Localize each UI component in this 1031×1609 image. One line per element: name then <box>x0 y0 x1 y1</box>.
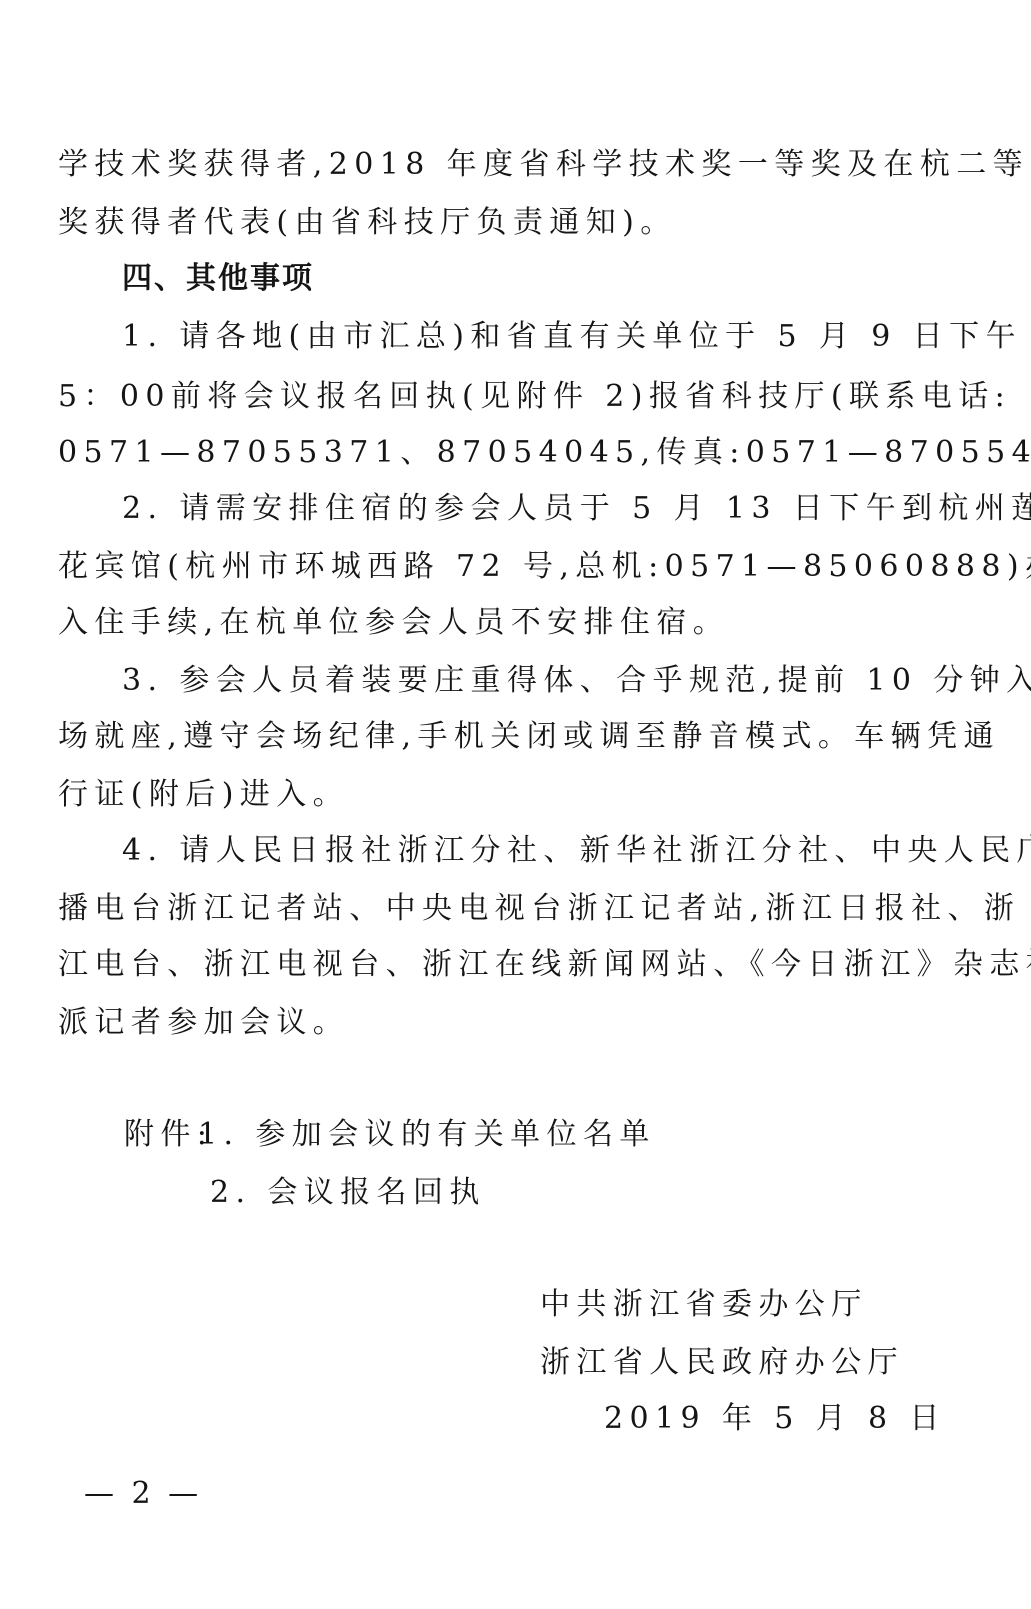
issue-date: 2019 年 5 月 8 日 <box>604 1400 946 1438</box>
item-2-line: 花宾馆(杭州市环城西路 72 号,总机:0571—85060888)办理 <box>58 548 958 586</box>
item-2-line: 2. 请需安排住宿的参会人员于 5 月 13 日下午到杭州莲 <box>122 490 1022 528</box>
item-3-line: 3. 参会人员着装要庄重得体、合乎规范,提前 10 分钟入 <box>122 662 1022 700</box>
attachment-item: 1. 参加会议的有关单位名单 <box>198 1116 656 1154</box>
item-4-line: 派记者参加会议。 <box>58 1004 958 1042</box>
paragraph-line: 奖获得者代表(由省科技厅负责通知)。 <box>58 204 958 242</box>
item-2-line: 入住手续,在杭单位参会人员不安排住宿。 <box>58 604 958 642</box>
issuer-name: 浙江省人民政府办公厅 <box>540 1344 904 1382</box>
item-4-line: 4. 请人民日报社浙江分社、新华社浙江分社、中央人民广 <box>122 832 1022 870</box>
item-1-line: 0571—87055371、87054045,传真:0571—87055402)… <box>58 434 958 472</box>
issuer-name: 中共浙江省委办公厅 <box>540 1286 868 1324</box>
paragraph-line: 学技术奖获得者,2018 年度省科学技术奖一等奖及在杭二等 <box>58 146 958 184</box>
section-heading: 四、其他事项 <box>122 260 1022 298</box>
item-1-line: 5：00前将会议报名回执(见附件 2)报省科技厅(联系电话: <box>58 378 958 416</box>
item-3-line: 场就座,遵守会场纪律,手机关闭或调至静音模式。车辆凭通 <box>58 718 958 756</box>
item-3-line: 行证(附后)进入。 <box>58 776 958 814</box>
item-4-line: 江电台、浙江电视台、浙江在线新闻网站、《今日浙江》杂志社 <box>58 946 958 984</box>
page-number: — 2 — <box>84 1475 202 1513</box>
attachment-item: 2. 会议报名回执 <box>210 1174 486 1212</box>
item-1-line: 1. 请各地(由市汇总)和省直有关单位于 5 月 9 日下午 <box>122 318 1022 356</box>
item-4-line: 播电台浙江记者站、中央电视台浙江记者站,浙江日报社、浙 <box>58 890 958 928</box>
document-page: 学技术奖获得者,2018 年度省科学技术奖一等奖及在杭二等 奖获得者代表(由省科… <box>0 0 1031 1609</box>
